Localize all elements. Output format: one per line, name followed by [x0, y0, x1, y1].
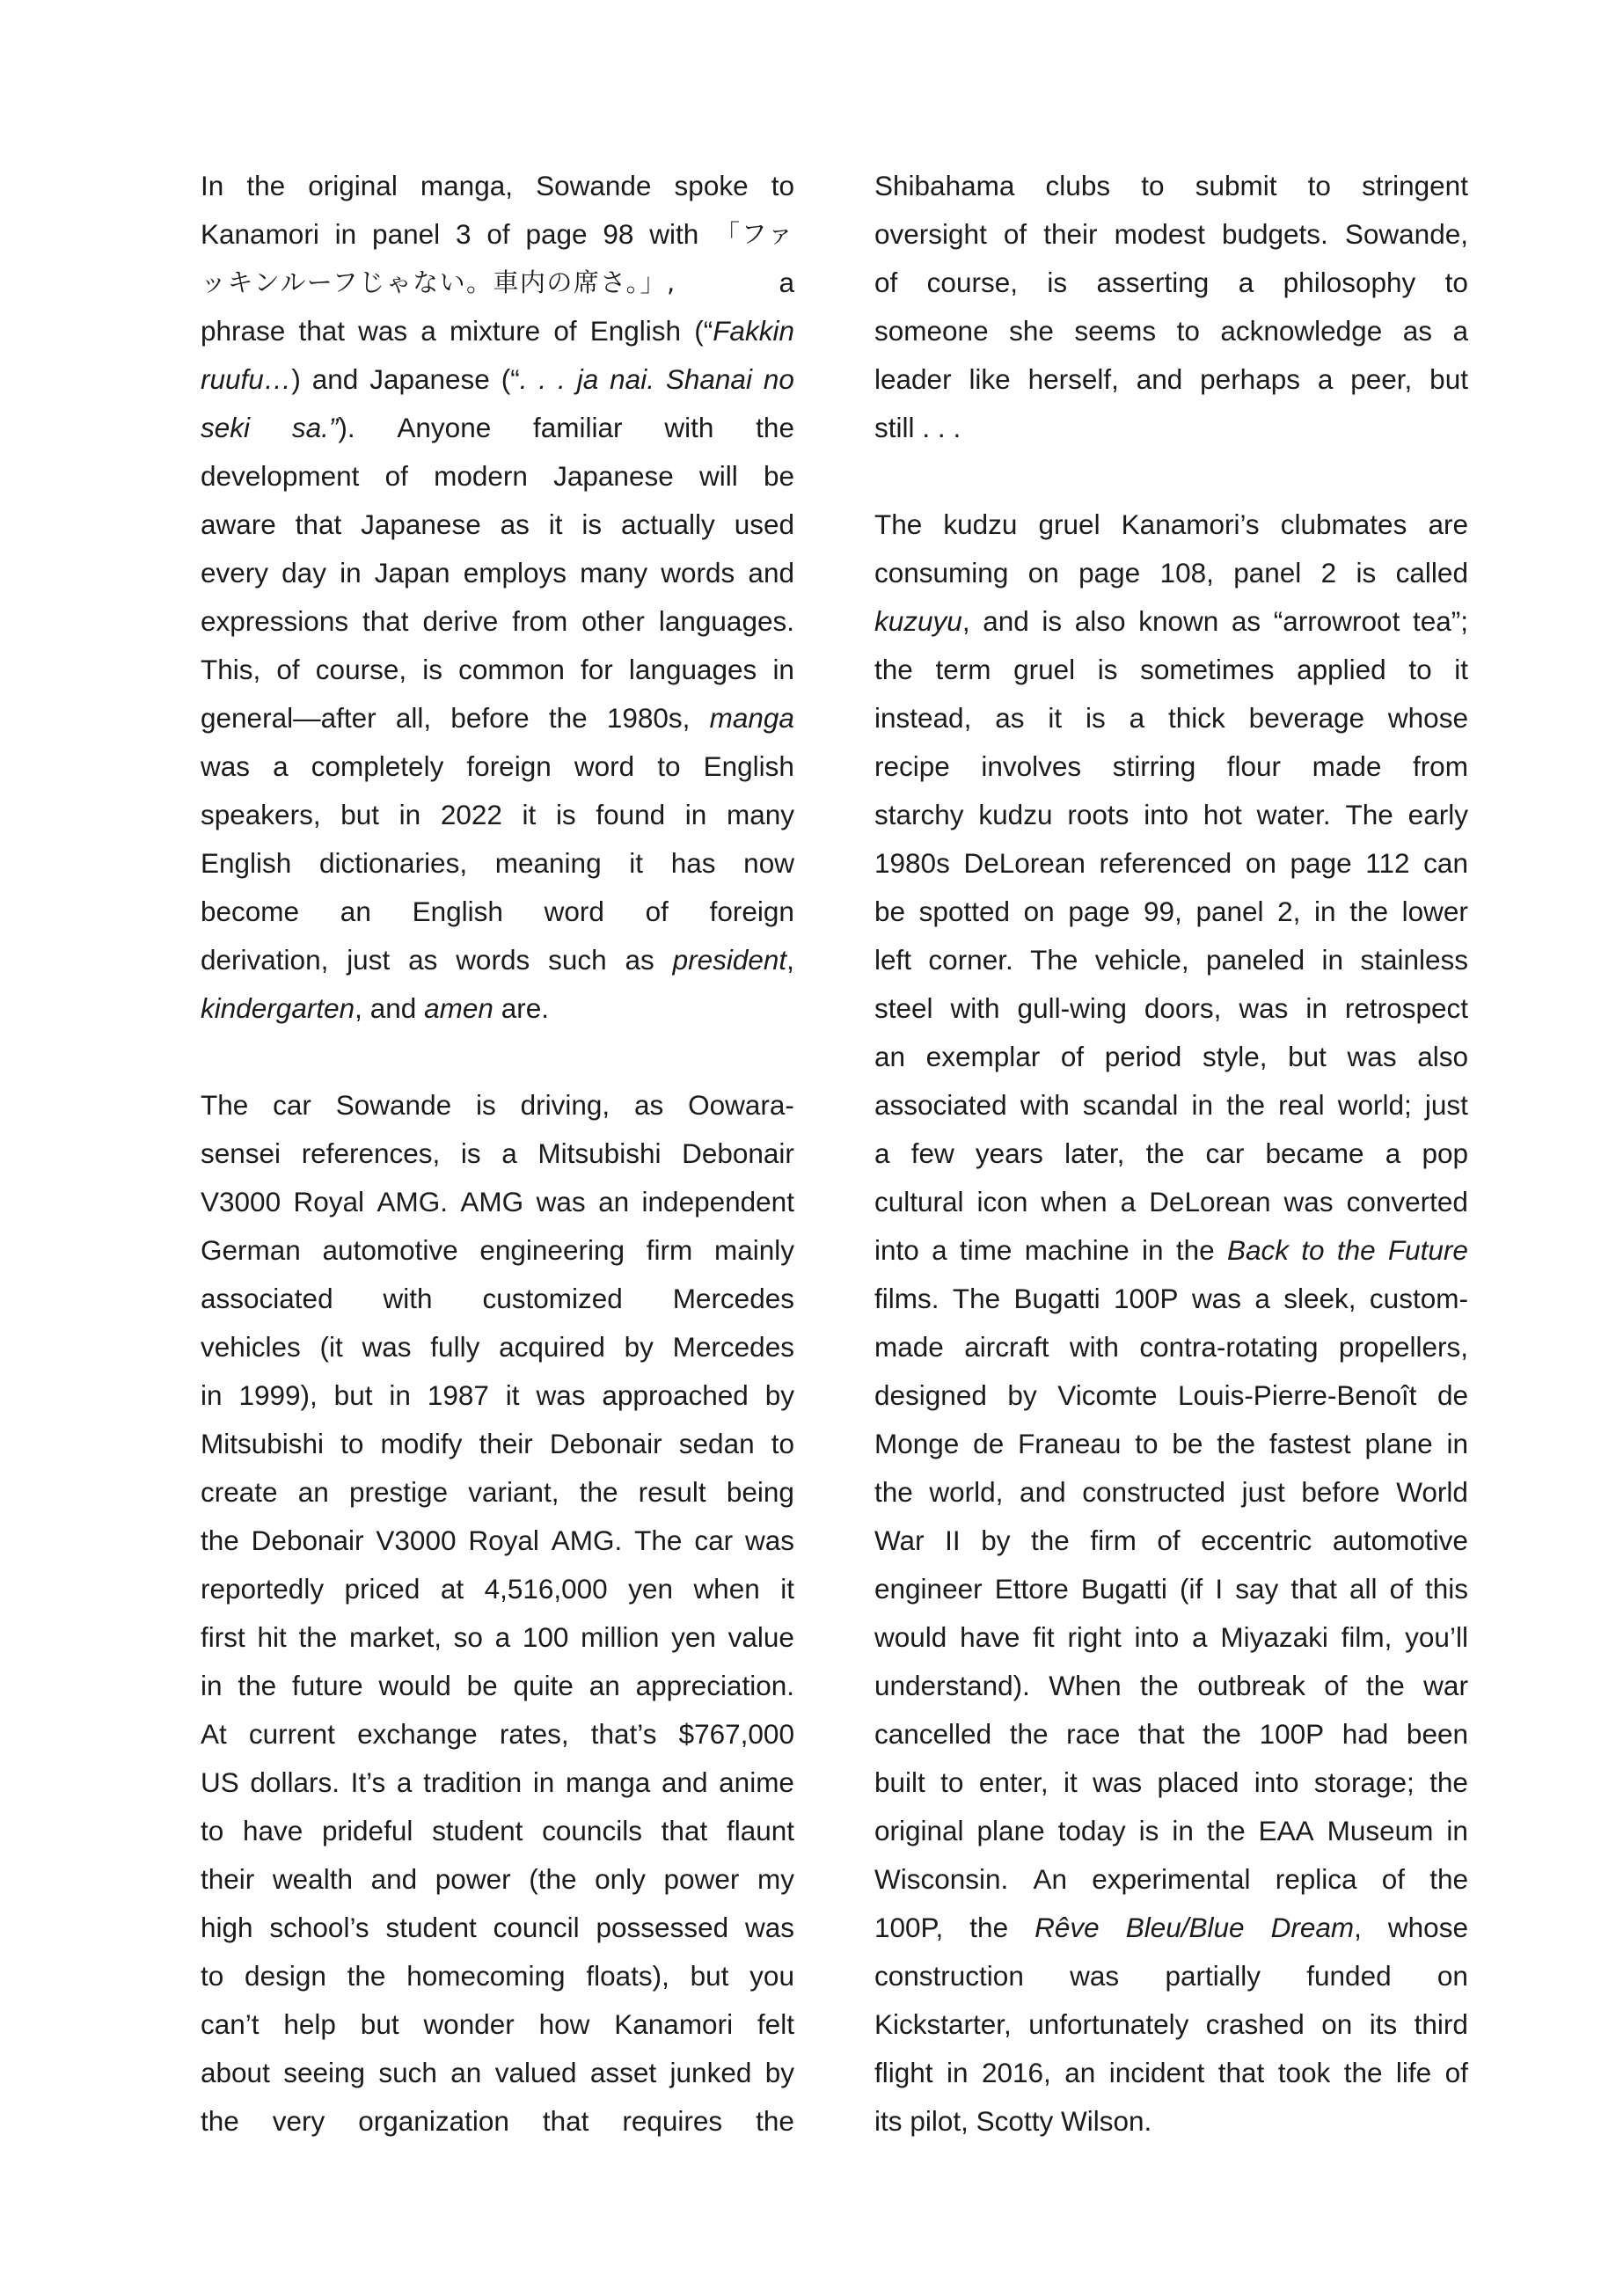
- word: also: [1075, 597, 1126, 646]
- word: to: [657, 742, 680, 791]
- word: was: [358, 307, 407, 355]
- word: completely: [311, 742, 444, 791]
- word: seeing: [283, 2049, 365, 2097]
- word: used: [735, 501, 794, 549]
- word: on: [1024, 888, 1055, 936]
- word: Miyazaki: [1220, 1613, 1328, 1662]
- text-line: in1999),butin1987itwasapproachedby: [201, 1371, 794, 1420]
- word: customized: [482, 1275, 622, 1323]
- word: unfortunately: [1028, 2000, 1188, 2049]
- word: before: [450, 694, 529, 742]
- word: aware: [201, 501, 276, 549]
- word: be: [764, 452, 794, 501]
- word: actually: [621, 501, 715, 549]
- word: can: [1423, 839, 1468, 888]
- word: early: [1408, 791, 1468, 839]
- word: 98: [603, 210, 633, 259]
- word: that: [1138, 1710, 1185, 1759]
- word: by: [981, 1517, 1010, 1565]
- word: stringent: [1362, 162, 1468, 210]
- word: you’ll: [1405, 1613, 1468, 1662]
- word: an: [874, 1033, 905, 1081]
- word: someone: [874, 307, 989, 355]
- word: eccentric: [1201, 1517, 1312, 1565]
- word: before: [1301, 1468, 1379, 1517]
- word: roots: [1067, 791, 1129, 839]
- word: spoke: [675, 162, 749, 210]
- word: the: [1176, 1226, 1215, 1275]
- word: had: [1342, 1710, 1389, 1759]
- word: but: [361, 2000, 399, 2049]
- word: the: [874, 646, 913, 694]
- word: the: [1140, 1662, 1179, 1710]
- word: in: [1314, 888, 1336, 936]
- word: council: [493, 1904, 580, 1952]
- word: English: [590, 307, 681, 355]
- text-line: general—afterall,beforethe1980s,manga: [201, 694, 794, 742]
- word: a: [874, 1130, 890, 1178]
- word: In: [201, 162, 223, 210]
- word: just: [1242, 1468, 1285, 1517]
- word: doors,: [1144, 984, 1222, 1033]
- text-line: 100P,theRêveBleu/BlueDream,whose: [874, 1904, 1468, 1952]
- word: to: [1445, 259, 1468, 307]
- word: page: [1078, 549, 1140, 597]
- word: the: [1349, 888, 1388, 936]
- word: that: [1218, 2049, 1265, 2097]
- word: first: [201, 1613, 245, 1662]
- word: 2016,: [982, 2049, 1051, 2097]
- word: (the: [529, 1855, 576, 1904]
- word: Monge: [874, 1420, 959, 1468]
- word: in: [389, 1371, 411, 1420]
- left-column: Intheoriginalmanga,SowandespoketoKanamor…: [201, 162, 794, 2146]
- word: vehicle,: [1095, 936, 1189, 984]
- word: modest: [1115, 210, 1205, 259]
- word: high: [201, 1904, 253, 1952]
- word: the: [201, 1517, 239, 1565]
- word: built: [874, 1759, 925, 1807]
- word: still: [874, 404, 915, 452]
- word: as: [501, 501, 530, 549]
- word: as: [995, 694, 1024, 742]
- word: the: [1366, 1662, 1405, 1710]
- text-line: senseireferences,isaMitsubishiDebonair: [201, 1130, 794, 1178]
- word: mixture: [450, 307, 540, 355]
- word: rates,: [500, 1710, 569, 1759]
- word: panel: [372, 210, 440, 259]
- word: of: [486, 210, 509, 259]
- word: have: [243, 1807, 303, 1855]
- word: associated: [874, 1081, 1007, 1130]
- word: kudzu: [978, 791, 1052, 839]
- word: dictionaries,: [319, 839, 467, 888]
- word: The: [874, 501, 922, 549]
- text-line: kuzuyu,andisalsoknownas“arrowroottea”;: [874, 597, 1468, 646]
- word: and: [1020, 1468, 1066, 1517]
- word: it: [523, 791, 537, 839]
- word: to: [1177, 307, 1200, 355]
- word: pilot,: [910, 2097, 969, 2146]
- word: being: [727, 1468, 794, 1517]
- word: Kickstarter,: [874, 2000, 1012, 2049]
- text-line: associatedwithcustomizedMercedes: [201, 1275, 794, 1323]
- word: associated: [201, 1275, 333, 1323]
- word: Future: [1388, 1226, 1468, 1275]
- word: that: [543, 2097, 589, 2146]
- word: Museum: [1327, 1807, 1434, 1855]
- word: Debonair: [550, 1420, 662, 1468]
- word: the: [580, 1468, 618, 1517]
- text-line: bespottedonpage99,panel2,inthelower: [874, 888, 1468, 936]
- word: films.: [874, 1275, 939, 1323]
- word: car: [1206, 1130, 1245, 1178]
- word: in: [201, 1662, 223, 1710]
- word: Ettore: [995, 1565, 1069, 1613]
- word: as: [1403, 307, 1432, 355]
- word: understand).: [874, 1662, 1030, 1710]
- word: the: [1217, 1420, 1255, 1468]
- word: world,: [929, 1468, 1003, 1517]
- text-line: 1980sDeLoreanreferencedonpage112can: [874, 839, 1468, 888]
- word: is: [1086, 694, 1106, 742]
- word: and: [983, 597, 1029, 646]
- word: in: [947, 2049, 969, 2097]
- word: and: [370, 984, 417, 1033]
- word: de: [1437, 1371, 1468, 1420]
- word: variant,: [468, 1468, 559, 1517]
- word: requires: [622, 2097, 722, 2146]
- word: 1999),: [238, 1371, 317, 1420]
- word: 3: [456, 210, 472, 259]
- paragraph: Shibahamaclubstosubmittostringentoversig…: [874, 162, 1468, 452]
- word: in: [1305, 984, 1327, 1033]
- word: modify: [381, 1420, 463, 1468]
- text-line: originalplanetodayisintheEAAMuseumin: [874, 1807, 1468, 1855]
- word: in: [340, 549, 362, 597]
- word: president,: [673, 936, 794, 984]
- word: flour: [1227, 742, 1281, 791]
- word: and: [748, 549, 794, 597]
- word: junked: [670, 2049, 752, 2097]
- text-line: Intheoriginalmanga,Sowandespoketo: [201, 162, 794, 210]
- word: many: [727, 791, 794, 839]
- text-line: ThekudzugruelKanamori’sclubmatesare: [874, 501, 1468, 549]
- word: the: [874, 1468, 913, 1517]
- word: right: [1067, 1613, 1121, 1662]
- word: sometimes: [1140, 646, 1274, 694]
- word: with: [384, 1275, 433, 1323]
- word: it: [506, 1371, 520, 1420]
- word: period: [1105, 1033, 1182, 1081]
- text-line: flightin2016,anincidentthattookthelifeof: [874, 2049, 1468, 2097]
- word: it: [629, 839, 643, 888]
- text-line: MongedeFraneautobethefastestplanein: [874, 1420, 1468, 1468]
- word: panel: [1195, 888, 1263, 936]
- word: the: [1226, 1081, 1265, 1130]
- word: Bleu/Blue: [1126, 1904, 1245, 1952]
- word: term: [935, 646, 991, 694]
- word: languages.: [659, 597, 794, 646]
- word: that: [362, 597, 409, 646]
- word: nai.: [610, 355, 654, 404]
- word: as: [408, 936, 437, 984]
- word: submit: [1195, 162, 1277, 210]
- word: 100P: [1260, 1710, 1325, 1759]
- word: when: [1041, 1178, 1107, 1226]
- word: was: [745, 1904, 794, 1952]
- word: a: [1121, 1178, 1137, 1226]
- word: crashed: [1206, 2000, 1305, 2049]
- word: yen: [628, 1565, 673, 1613]
- text-line: afewyearslater,thecarbecameapop: [874, 1130, 1468, 1178]
- word: can’t: [201, 2000, 260, 2049]
- word: DeLorean: [964, 839, 1086, 888]
- word: of: [276, 646, 299, 694]
- word: retrospect: [1345, 984, 1468, 1033]
- word: seki: [201, 404, 250, 452]
- word: pop: [1422, 1130, 1468, 1178]
- word: priced: [345, 1565, 420, 1613]
- word: a: [779, 259, 794, 307]
- word: fit: [1033, 1613, 1055, 1662]
- word: development: [201, 452, 359, 501]
- word: by: [765, 1371, 794, 1420]
- word: V3000: [376, 1517, 456, 1565]
- word: became: [1265, 1130, 1363, 1178]
- word: firm: [647, 1226, 692, 1275]
- word: Shanai: [666, 355, 752, 404]
- word: later,: [1064, 1130, 1124, 1178]
- word: by: [765, 2049, 794, 2097]
- text-line: itspilot,ScottyWilson.: [874, 2097, 1468, 2146]
- text-line: Kanamoriinpanel3ofpage98with「ファ: [201, 210, 794, 259]
- word: gruel: [1013, 646, 1075, 694]
- word: phrase: [201, 307, 285, 355]
- word: found: [596, 791, 665, 839]
- word: of: [1445, 2049, 1468, 2097]
- word: leader: [874, 355, 952, 404]
- word: how: [539, 2000, 590, 2049]
- text-line: expressionsthatderivefromotherlanguages.: [201, 597, 794, 646]
- word: Japan: [375, 549, 450, 597]
- word: student: [385, 1904, 476, 1952]
- word: kindergarten,: [201, 984, 362, 1033]
- word: The: [1346, 791, 1393, 839]
- word: was: [1192, 1275, 1241, 1323]
- word: about: [201, 2049, 270, 2097]
- word: custom-: [1370, 1275, 1468, 1323]
- word: DeLorean: [1149, 1178, 1270, 1226]
- word: word: [574, 742, 634, 791]
- word: original: [308, 162, 398, 210]
- word: world;: [1338, 1081, 1412, 1130]
- word: the: [1207, 1807, 1246, 1855]
- paragraph: ThecarSowandeisdriving,asOowara-senseire…: [201, 1081, 794, 2146]
- word: current: [249, 1710, 335, 1759]
- word: gruel: [1039, 501, 1100, 549]
- word: homecoming: [406, 1952, 565, 2000]
- word: million: [581, 1613, 659, 1662]
- word: to: [771, 162, 794, 210]
- text-line: developmentofmodernJapanesewillbe: [201, 452, 794, 501]
- word: machine: [1025, 1226, 1130, 1275]
- word: consuming: [874, 549, 1008, 597]
- word: their: [201, 1855, 254, 1904]
- word: mainly: [714, 1226, 794, 1275]
- word: but: [691, 1952, 729, 2000]
- text-line: becomeanEnglishwordofforeign: [201, 888, 794, 936]
- word: its: [1370, 2000, 1398, 2049]
- word: meaning: [495, 839, 602, 888]
- word: of: [1324, 1662, 1347, 1710]
- word: words: [456, 936, 530, 984]
- word: acquired: [499, 1323, 605, 1371]
- word: an: [340, 888, 371, 936]
- word: 108,: [1160, 549, 1214, 597]
- word: to: [201, 1807, 223, 1855]
- word: the: [298, 1613, 337, 1662]
- word: acknowledge: [1220, 307, 1382, 355]
- word: in: [335, 210, 357, 259]
- word: the: [1031, 1517, 1070, 1565]
- word: an: [298, 1468, 329, 1517]
- word: in: [1322, 936, 1344, 984]
- word: is: [1098, 646, 1118, 694]
- word: The: [953, 1275, 1000, 1323]
- word: expressions: [201, 597, 348, 646]
- word: water.: [1257, 791, 1331, 839]
- word: the: [246, 162, 285, 210]
- word: in: [1446, 1420, 1468, 1468]
- word: spotted: [919, 888, 1010, 936]
- word: to: [1308, 162, 1331, 210]
- word: English: [704, 742, 794, 791]
- word: years: [976, 1130, 1043, 1178]
- word: student: [432, 1807, 523, 1855]
- word: style,: [1203, 1033, 1268, 1081]
- word: paneled: [1206, 936, 1305, 984]
- text-line: cancelledtheracethatthe100Phadbeen: [874, 1710, 1468, 1759]
- word: the: [969, 1904, 1008, 1952]
- word: councils: [542, 1807, 642, 1855]
- word: references,: [302, 1130, 441, 1178]
- word: 1980s,: [607, 694, 691, 742]
- word: as: [1232, 597, 1261, 646]
- word: scandal: [1083, 1081, 1179, 1130]
- word: Sowande: [336, 1081, 451, 1130]
- word: aircraft: [964, 1323, 1049, 1371]
- word: words: [661, 549, 735, 597]
- word: from: [1413, 742, 1468, 791]
- word: Sowande: [536, 162, 651, 210]
- word: of: [553, 307, 576, 355]
- word: the: [1429, 1759, 1468, 1807]
- word: AMG.: [552, 1517, 623, 1565]
- word: that: [662, 1807, 708, 1855]
- word: other: [581, 597, 645, 646]
- text-line: understand).Whentheoutbreakofthewar: [874, 1662, 1468, 1710]
- word: was: [1284, 1178, 1334, 1226]
- word: 100P,: [874, 1904, 943, 1952]
- word: EAA: [1259, 1807, 1314, 1855]
- word: common: [458, 646, 565, 694]
- text-line: ruufu…)andJapanese(“...janai.Shanaino: [201, 355, 794, 404]
- word: wonder: [423, 2000, 514, 2049]
- word: AMG.: [377, 1178, 448, 1226]
- word: it: [1048, 694, 1062, 742]
- word: made: [874, 1323, 944, 1371]
- word: hit: [257, 1613, 286, 1662]
- word: plane: [977, 1807, 1045, 1855]
- text-line: can’thelpbutwonderhowKanamorifelt: [201, 2000, 794, 2049]
- word: Dream,: [1271, 1904, 1362, 1952]
- word: engineering: [479, 1226, 625, 1275]
- word: a: [1239, 259, 1254, 307]
- word: and: [312, 355, 359, 404]
- word: oversight: [874, 210, 987, 259]
- word: manga: [710, 694, 794, 742]
- word: life: [1396, 2049, 1431, 2097]
- word: 1980s: [874, 839, 950, 888]
- word: to: [1141, 162, 1164, 210]
- word: Debonair: [682, 1130, 794, 1178]
- word: de: [973, 1420, 1004, 1468]
- word: in: [1192, 1081, 1214, 1130]
- word: The: [1030, 936, 1078, 984]
- word: be: [874, 888, 905, 936]
- word: amen: [424, 984, 493, 1033]
- word: 2022: [441, 791, 502, 839]
- word: will: [699, 452, 738, 501]
- word: I: [1215, 1565, 1223, 1613]
- word: sensei: [201, 1130, 281, 1178]
- text-line: Kickstarter,unfortunatelycrashedonitsthi…: [874, 2000, 1468, 2049]
- text-line: inthefuturewouldbequiteanappreciation.: [201, 1662, 794, 1710]
- word: hot: [1203, 791, 1242, 839]
- word: employs: [464, 549, 567, 597]
- word: a: [397, 1759, 413, 1807]
- text-line: designedbyVicomteLouis-Pierre-Benoîtde: [874, 1371, 1468, 1420]
- word: would: [874, 1613, 947, 1662]
- text-line: recipeinvolvesstirringflourmadefrom: [874, 742, 1468, 791]
- word: time: [960, 1226, 1013, 1275]
- word: contra-rotating: [1139, 1323, 1318, 1371]
- word: is: [1356, 549, 1377, 597]
- word: all: [1349, 1565, 1378, 1613]
- word: third: [1415, 2000, 1468, 2049]
- word: page: [1068, 888, 1130, 936]
- word: Mitsubishi: [201, 1420, 324, 1468]
- word: to: [940, 1759, 963, 1807]
- word: tea”;: [1413, 597, 1468, 646]
- text-line: theDebonairV3000RoyalAMG.Thecarwas: [201, 1517, 794, 1565]
- text-line: culturaliconwhenaDeLoreanwasconverted: [874, 1178, 1468, 1226]
- word: Shibahama: [874, 162, 1014, 210]
- word: few: [911, 1130, 954, 1178]
- word: German: [201, 1226, 301, 1275]
- text-line: ofcourse,isassertingaphilosophyto: [874, 259, 1468, 307]
- text-line: reportedlypricedat4,516,000yenwhenit: [201, 1565, 794, 1613]
- word: in: [685, 791, 707, 839]
- word: known: [1138, 597, 1218, 646]
- word: Mercedes: [673, 1323, 794, 1371]
- word: in: [1142, 1226, 1164, 1275]
- word: (“.: [501, 355, 528, 404]
- word: was: [362, 1323, 412, 1371]
- word: Kanamori’s: [1122, 501, 1260, 549]
- text-line: firsthitthemarket,soa100millionyenvalue: [201, 1613, 794, 1662]
